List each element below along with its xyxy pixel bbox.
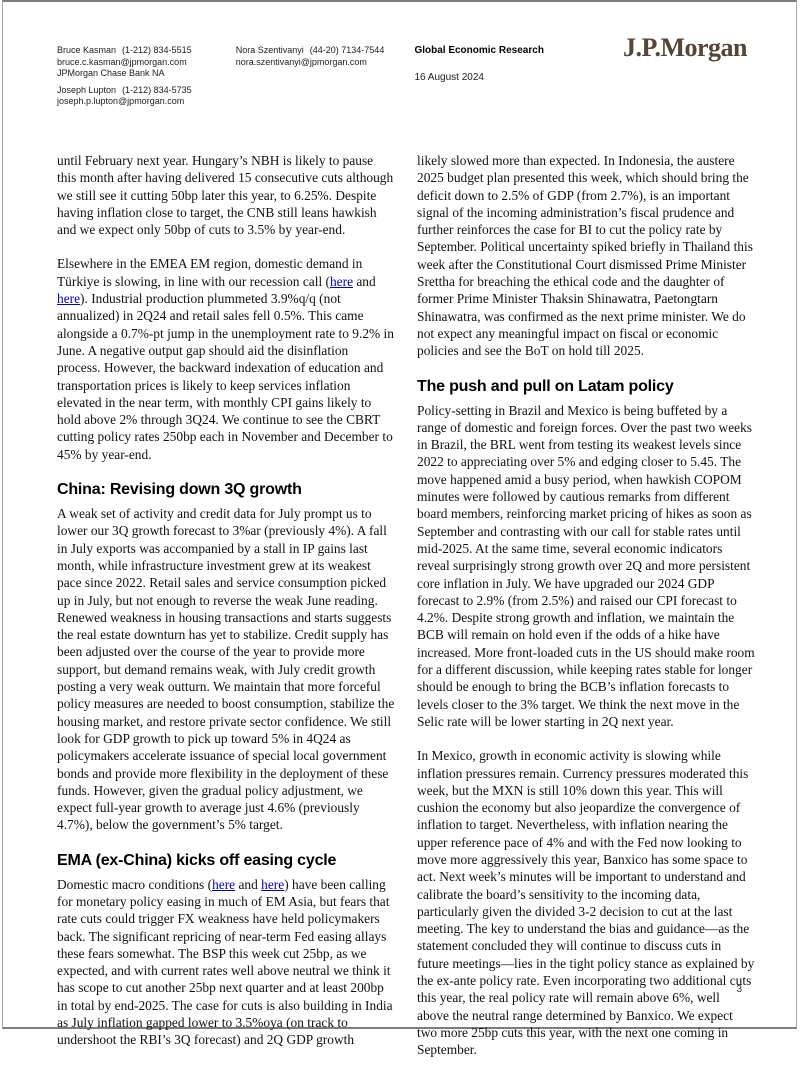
author-org: JPMorgan Chase Bank NA: [57, 68, 236, 80]
paragraph-china-growth: A weak set of activity and credit data f…: [57, 505, 395, 834]
author-name: Bruce Kasman: [57, 45, 116, 55]
report-date: 16 August 2024: [414, 72, 623, 84]
left-column: until February next year. Hungary’s NBH …: [57, 152, 395, 1076]
jpmorgan-logo: J.P.Morgan: [623, 42, 747, 108]
document-header: Bruce Kasman(1-212) 834-5515 bruce.c.kas…: [57, 45, 747, 108]
author-email: nora.szentivanyi@jpmorgan.com: [236, 57, 415, 69]
authors-column-1: Bruce Kasman(1-212) 834-5515 bruce.c.kas…: [57, 45, 236, 108]
author-block: Nora Szentivanyi(44-20) 7134-7544 nora.s…: [236, 45, 415, 68]
author-phone: (1-212) 834-5515: [122, 45, 192, 55]
paragraph-mexico: In Mexico, growth in economic activity i…: [417, 747, 755, 1058]
author-phone: (44-20) 7134-7544: [310, 45, 385, 55]
author-block: Bruce Kasman(1-212) 834-5515 bruce.c.kas…: [57, 45, 236, 80]
right-column: likely slowed more than expected. In Ind…: [417, 152, 755, 1076]
author-name-line: Nora Szentivanyi(44-20) 7134-7544: [236, 45, 415, 57]
paragraph-hungary-cnb: until February next year. Hungary’s NBH …: [57, 152, 395, 238]
authors-column-2: Nora Szentivanyi(44-20) 7134-7544 nora.s…: [236, 45, 415, 108]
author-name-line: Bruce Kasman(1-212) 834-5515: [57, 45, 236, 57]
article-body: until February next year. Hungary’s NBH …: [57, 152, 755, 1076]
inline-link-here[interactable]: here: [57, 291, 80, 306]
author-phone: (1-212) 834-5735: [122, 85, 192, 95]
section-heading-china: China: Revising down 3Q growth: [57, 480, 395, 500]
author-block: Joseph Lupton(1-212) 834-5735 joseph.p.l…: [57, 85, 236, 108]
paragraph-ema-easing: Domestic macro conditions (here and here…: [57, 876, 395, 1049]
author-name: Nora Szentivanyi: [236, 45, 304, 55]
paragraph-indonesia-thailand: likely slowed more than expected. In Ind…: [417, 152, 755, 360]
section-heading-latam: The push and pull on Latam policy: [417, 377, 755, 397]
paragraph-emea-turkiye: Elsewhere in the EMEA EM region, domesti…: [57, 255, 395, 463]
paragraph-brazil: Policy-setting in Brazil and Mexico is b…: [417, 402, 755, 731]
page-number: 3: [736, 984, 742, 995]
inline-link-here[interactable]: here: [330, 274, 353, 289]
report-division: Global Economic Research: [414, 45, 623, 57]
author-email: joseph.p.lupton@jpmorgan.com: [57, 96, 236, 108]
author-name: Joseph Lupton: [57, 85, 116, 95]
author-name-line: Joseph Lupton(1-212) 834-5735: [57, 85, 236, 97]
section-heading-ema: EMA (ex-China) kicks off easing cycle: [57, 851, 395, 871]
inline-link-here[interactable]: here: [212, 877, 235, 892]
author-email: bruce.c.kasman@jpmorgan.com: [57, 57, 236, 69]
inline-link-here[interactable]: here: [261, 877, 284, 892]
report-meta: Global Economic Research 16 August 2024: [414, 45, 623, 108]
